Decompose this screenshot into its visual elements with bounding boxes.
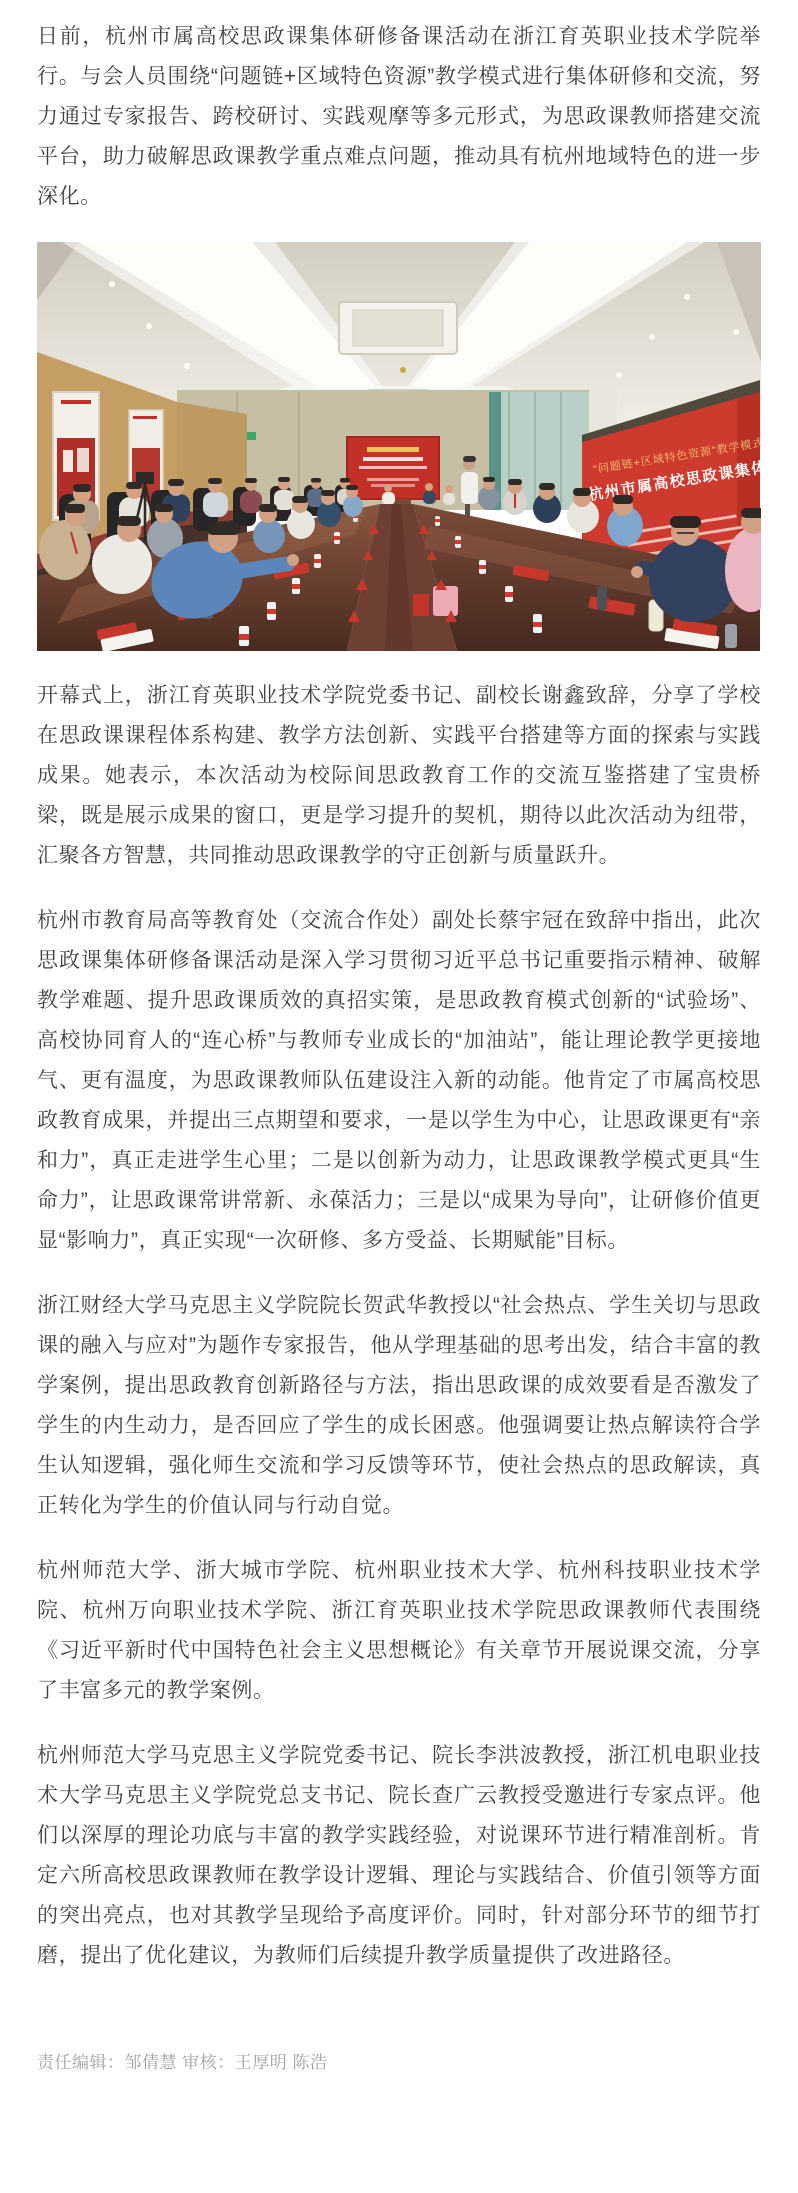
article-body: 日前，杭州市属高校思政课集体研修备课活动在浙江育英职业技术学院举行。与会人员围绕… [0,0,798,2075]
paragraph-2: 开幕式上，浙江育英职业技术学院党委书记、副校长谢鑫致辞，分享了学校在思政课课程体… [37,676,761,876]
paragraph-1: 日前，杭州市属高校思政课集体研修备课活动在浙江育英职业技术学院举行。与会人员围绕… [37,17,761,217]
paragraph-6: 杭州师范大学马克思主义学院党委书记、院长李洪波教授，浙江机电职业技术大学马克思主… [37,1736,761,1976]
paragraph-3: 杭州市教育局高等教育处（交流合作处）副处长蔡宇冠在致辞中指出，此次思政课集体研修… [37,901,761,1261]
paragraph-5: 杭州师范大学、浙大城市学院、杭州职业技术大学、杭州科技职业技术学院、杭州万向职业… [37,1551,761,1711]
editor-credits: 责任编辑：邹倩慧 审核：王厚明 陈浩 [37,2051,761,2075]
paragraph-4: 浙江财经大学马克思主义学院院长贺武华教授以“社会热点、学生关切与思政课的融入与应… [37,1286,761,1526]
conference-room-illustration: “问题链+区域特色资源”教学模式 杭州市属高校思政课集体研修备 [37,242,761,651]
article-photo: “问题链+区域特色资源”教学模式 杭州市属高校思政课集体研修备 [37,242,761,651]
